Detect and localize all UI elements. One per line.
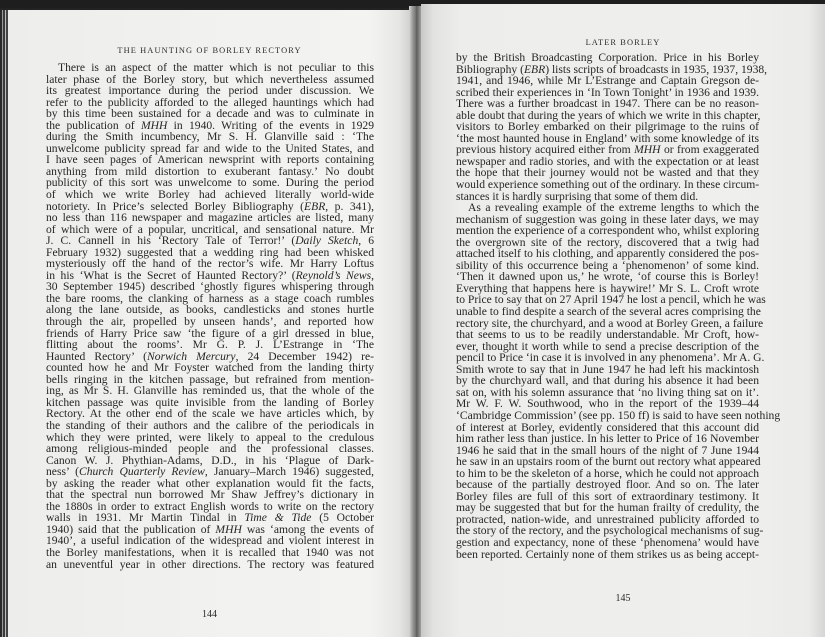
text-line: he saw in an upstairs room of the burnt … (456, 456, 759, 468)
text-line: that seems to us to be readily understan… (456, 329, 759, 341)
text-line: There was a further broadcast in 1947. T… (456, 98, 759, 110)
text-line: As a revealing example of the extreme le… (456, 202, 759, 214)
text-line: by the British Broadcasting Corporation.… (456, 52, 759, 64)
page-number-left: 144 (8, 609, 411, 620)
running-head-left: THE HAUNTING OF BORLEY RECTORY (8, 46, 411, 55)
text-line: among religious-minded people and the pr… (46, 443, 374, 455)
left-page: THE HAUNTING OF BORLEY RECTORY There is … (8, 10, 411, 637)
text-line: 1941, and 1946, while Mr L’Estrange and … (456, 75, 759, 87)
text-line: an uneventful year in other directions. … (46, 559, 374, 571)
text-line: the Borley manifestations, when it is re… (46, 547, 374, 559)
text-line: no less than 116 newspaper and magazine … (46, 212, 374, 224)
text-line: him rather less than justice. In his let… (456, 433, 759, 445)
text-line: ness’ (Church Quarterly Review, January–… (46, 466, 374, 478)
text-line: the standing of their authors and the ca… (46, 420, 374, 432)
text-line: There is an aspect of the matter which i… (46, 62, 374, 74)
text-line: gestion and expectancy, none of these ‘p… (456, 537, 759, 549)
text-line: by this time been sustained for a decade… (46, 108, 374, 120)
book-spread: THE HAUNTING OF BORLEY RECTORY There is … (0, 0, 825, 637)
page-number-right: 145 (421, 593, 825, 604)
right-page-body: by the British Broadcasting Corporation.… (456, 52, 759, 560)
text-line: would experience something out of the or… (456, 179, 759, 191)
text-line: through the air, propelled by unseen han… (46, 316, 374, 328)
text-line: its greatest importance during the perio… (46, 85, 374, 97)
text-line: ‘Cambridge Commission’ (see pp. 150 ff) … (456, 410, 759, 422)
left-page-body: There is an aspect of the matter which i… (46, 62, 374, 570)
text-line: been reported. Certainly none of them st… (456, 549, 759, 561)
right-page: LATER BORLEY by the British Broadcasting… (421, 4, 825, 637)
text-line: unable to find despite a search of the s… (456, 306, 759, 318)
running-head-right: LATER BORLEY (421, 38, 825, 47)
